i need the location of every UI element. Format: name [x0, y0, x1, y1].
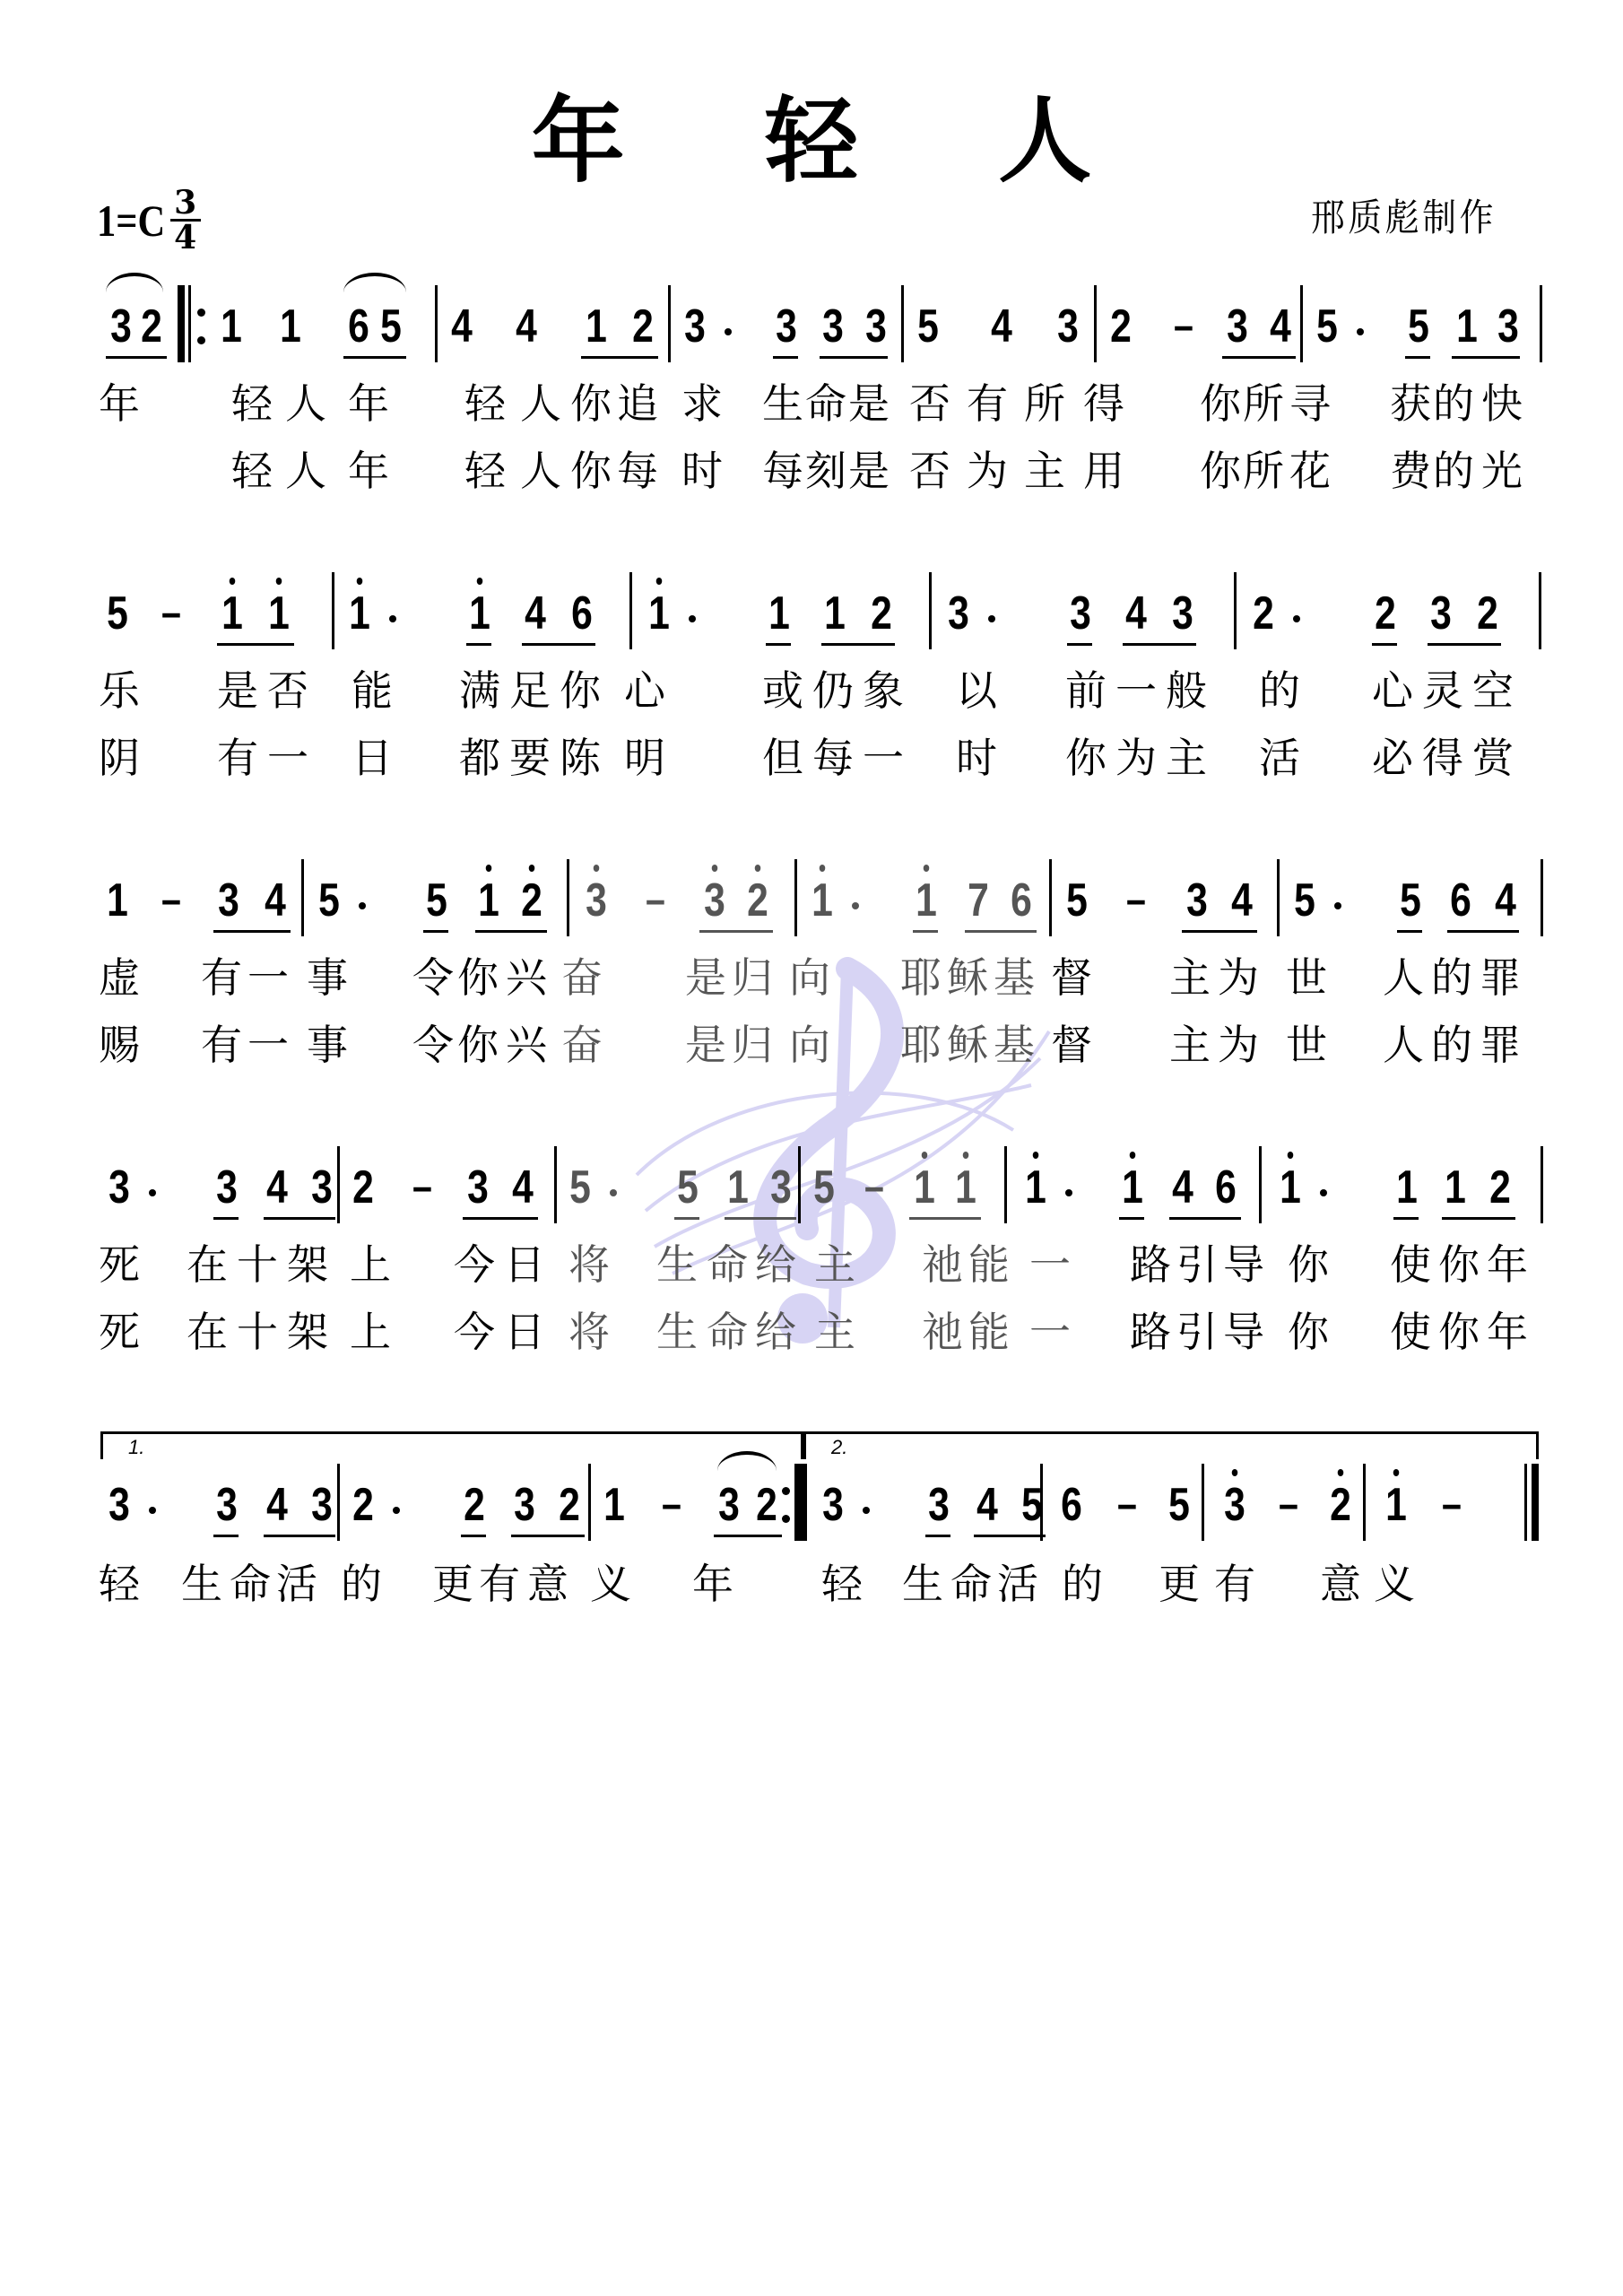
lyric-syllable: 十 — [235, 1239, 280, 1290]
note-digit: 4 — [266, 1161, 288, 1213]
lyric-syllable: 你 — [1198, 446, 1243, 496]
lyric-syllable: 主 — [812, 1239, 857, 1290]
note-digit: 7 — [968, 874, 989, 926]
key-label: 1=C — [97, 195, 165, 247]
high-octave-dot — [357, 578, 363, 585]
lyric-syllable: 否 — [265, 665, 310, 716]
note: 5 — [426, 877, 448, 924]
augmentation-dot — [1293, 615, 1300, 622]
lyric-syllable: 为 — [1216, 1020, 1261, 1070]
note-digit: 5 — [569, 1161, 591, 1213]
lyric-syllable: 阴 — [97, 733, 142, 783]
lyric-syllable: 今 — [452, 1307, 497, 1357]
eighth-note-beam — [725, 1217, 796, 1220]
lyric-syllable: 你 — [568, 378, 613, 429]
lyric-syllable: 奋 — [560, 952, 604, 1003]
note-digit: – — [1174, 302, 1193, 350]
lyric-syllable: 世 — [1284, 952, 1329, 1003]
barline — [668, 285, 671, 362]
lyric-syllable: 的 — [1257, 665, 1302, 716]
note: 3 — [311, 1164, 334, 1211]
lyric-syllable: 年 — [346, 378, 391, 429]
lyric-syllable: 有 — [199, 952, 244, 1003]
high-octave-dot — [1393, 1469, 1400, 1476]
lyric-syllable: 督 — [1049, 1020, 1094, 1070]
lyric-syllable: 更 — [1157, 1559, 1202, 1609]
lyric-syllable: 主 — [812, 1307, 857, 1357]
note: 4 — [516, 303, 538, 350]
note-digit: 3 — [110, 300, 132, 352]
barline — [1277, 859, 1280, 936]
lyric-syllable: 你 — [1063, 733, 1108, 783]
measure: 3343 — [97, 1146, 337, 1227]
barline — [1541, 1146, 1543, 1223]
augmentation-dot — [852, 902, 859, 909]
barline — [901, 285, 904, 362]
note-digit: 1 — [478, 874, 499, 926]
lyric-syllable: 轻 — [820, 1559, 864, 1609]
barline — [1094, 285, 1097, 362]
note: 5 — [1294, 877, 1316, 924]
lyric-syllable: 陈 — [558, 733, 603, 783]
lyric-syllable: 基 — [992, 1020, 1037, 1070]
note-digit: 4 — [512, 1161, 534, 1213]
note: 2 — [141, 303, 163, 350]
note-digit: 2 — [559, 1479, 580, 1531]
lyric-syllable: 能 — [967, 1239, 1011, 1290]
lyric-syllable: 你 — [1436, 1239, 1481, 1290]
note-digit: – — [646, 876, 665, 924]
note-digit: 5 — [917, 300, 939, 352]
note: 2 — [1330, 1482, 1352, 1528]
note: 5 — [318, 877, 341, 924]
lyric-syllable: 轻 — [230, 378, 274, 429]
lyric-syllable: 年 — [690, 1559, 735, 1609]
lyric-syllable: 兴 — [504, 952, 549, 1003]
extension-dash: – — [1125, 877, 1148, 924]
note-digit: 5 — [1066, 874, 1088, 926]
lyric-syllable: 人 — [1381, 1020, 1426, 1070]
lyric-syllable: 今 — [452, 1239, 497, 1290]
lyric-syllable: 赏 — [1471, 733, 1515, 783]
eighth-note-beam — [106, 356, 167, 359]
note-digit: 1 — [1385, 1479, 1407, 1531]
lyric-syllable: 日 — [502, 1239, 547, 1290]
note-digit: 2 — [352, 1161, 374, 1213]
note: 5 — [1168, 1482, 1191, 1528]
lyric-syllable: 死 — [97, 1239, 142, 1290]
lyric-syllable: 给 — [753, 1239, 798, 1290]
extension-dash: – — [645, 877, 667, 924]
extension-dash: – — [1441, 1482, 1463, 1528]
note-digit: 3 — [1224, 1479, 1245, 1531]
note-digit: 4 — [1172, 1161, 1193, 1213]
eighth-note-beam — [264, 1535, 335, 1537]
note: 1 — [1025, 1164, 1047, 1211]
note: 6 — [348, 303, 370, 350]
note-digit: 3 — [108, 1161, 130, 1213]
lyric-syllable: 般 — [1164, 665, 1209, 716]
lyric-syllable: 义 — [1372, 1559, 1417, 1609]
lyric-syllable: 生 — [760, 378, 805, 429]
note-digit: 4 — [976, 1479, 998, 1531]
lyric-syllable: 能 — [350, 665, 395, 716]
high-octave-dot — [594, 865, 600, 872]
note: 3 — [718, 1482, 741, 1528]
high-octave-dot — [477, 578, 483, 585]
note: 1 — [811, 877, 834, 924]
lyric-syllable: 事 — [305, 952, 350, 1003]
note: 3 — [110, 303, 133, 350]
note-digit: 5 — [107, 587, 128, 639]
barline — [567, 859, 569, 936]
measure: 5513 — [558, 1146, 798, 1227]
lyric-syllable: 你 — [1198, 378, 1243, 429]
note-digit: 2 — [747, 874, 768, 926]
barline — [1040, 1464, 1043, 1541]
measure: 2–34 — [1098, 285, 1300, 366]
lyric-syllable: 必 — [1370, 733, 1415, 783]
note-digit: 3 — [704, 874, 725, 926]
note-digit: 2 — [1253, 587, 1274, 639]
note: 2 — [1477, 590, 1499, 637]
measure: 3–2 — [1205, 1464, 1363, 1544]
note: 1 — [916, 877, 938, 924]
lyric-syllable: 费 — [1388, 446, 1433, 496]
note-digit: 3 — [822, 1479, 844, 1531]
eighth-note-beam — [925, 1535, 950, 1537]
lyric-syllable: 你 — [456, 1020, 500, 1070]
lyric-syllable: 是 — [683, 952, 728, 1003]
note: 4 — [1125, 590, 1148, 637]
note: 1 — [727, 1164, 750, 1211]
note-digit: 2 — [632, 300, 654, 352]
lyric-syllable: 死 — [97, 1307, 142, 1357]
lyric-syllable: 使 — [1388, 1307, 1433, 1357]
note-digit: 5 — [426, 874, 447, 926]
lyric-syllable: 时 — [954, 733, 999, 783]
note: 4 — [976, 1482, 999, 1528]
lyric-syllable: 生 — [655, 1307, 699, 1357]
lyric-syllable: 有 — [215, 733, 260, 783]
notation-line: 321165441233335432–345513 — [0, 285, 1623, 366]
lyric-syllable: 耶 — [898, 952, 943, 1003]
lyric-syllable: 轻 — [463, 446, 508, 496]
note-digit: 1 — [1396, 1161, 1418, 1213]
lyric-syllable: 一 — [861, 733, 906, 783]
note: 4 — [265, 877, 287, 924]
lyric-syllable: 向 — [787, 952, 832, 1003]
lyric-syllable: 轻 — [463, 378, 508, 429]
note: 5 — [380, 303, 403, 350]
barline — [798, 1146, 801, 1223]
lyric-syllable: 上 — [348, 1307, 393, 1357]
note: 4 — [266, 1482, 289, 1528]
note: 2 — [871, 590, 893, 637]
note: 3 — [928, 1482, 950, 1528]
eighth-note-beam — [974, 1535, 1046, 1537]
lyric-syllable: 兴 — [504, 1020, 549, 1070]
eighth-note-beam — [1372, 643, 1397, 646]
note: 5 — [1408, 303, 1430, 350]
note-digit: 6 — [1011, 874, 1032, 926]
lyric-syllable: 寻 — [1288, 378, 1332, 429]
measure: 2232 — [1237, 572, 1539, 653]
note-digit: 1 — [955, 1161, 976, 1213]
extension-dash: – — [412, 1164, 434, 1211]
lyric-syllable: 更 — [430, 1559, 475, 1609]
measure: 1–32 — [592, 1464, 794, 1544]
note-digit: 3 — [1172, 587, 1193, 639]
lyric-syllable: 得 — [1420, 733, 1465, 783]
lyric-syllable: 世 — [1284, 1020, 1329, 1070]
note-digit: 1 — [221, 300, 242, 352]
measure: 5564 — [1280, 859, 1541, 940]
measure: 5513 — [1305, 285, 1540, 366]
note: 5 — [569, 1164, 592, 1211]
measure: 32 — [99, 285, 169, 366]
barline — [794, 859, 797, 936]
barline — [1363, 1464, 1366, 1541]
note-digit: 3 — [467, 1161, 489, 1213]
high-octave-dot — [1033, 1152, 1039, 1159]
note: 5 — [813, 1164, 836, 1211]
lyric-syllable: 但 — [760, 733, 805, 783]
lyric-syllable: 罪 — [1478, 1020, 1523, 1070]
note: 6 — [571, 590, 594, 637]
eighth-note-beam — [522, 643, 595, 646]
eighth-note-beam — [909, 1217, 981, 1220]
lyric-syllable: 祂 — [920, 1307, 965, 1357]
lyric-syllable: 能 — [967, 1307, 1011, 1357]
lyric-syllable: 活 — [274, 1559, 319, 1609]
song-title: 年 轻 人 — [0, 94, 1623, 187]
lyric-syllable: 稣 — [945, 952, 990, 1003]
lyric-syllable: 有 — [199, 1020, 244, 1070]
lyric-syllable: 或 — [760, 665, 805, 716]
lyric-syllable: 是 — [683, 1020, 728, 1070]
note: 2 — [352, 1164, 375, 1211]
lyric-syllable: 足 — [508, 665, 552, 716]
note: 5 — [917, 303, 940, 350]
note: 3 — [822, 303, 845, 350]
lyric-syllable: 罪 — [1478, 952, 1523, 1003]
note-digit: 1 — [349, 587, 370, 639]
note-digit: 2 — [871, 587, 892, 639]
lyrics-verse-2: 轻人年轻人你每时每刻是否为主用你所花费的光 — [0, 446, 1623, 500]
lyric-syllable: 引 — [1175, 1239, 1219, 1290]
note: 4 — [1495, 877, 1517, 924]
note: 6 — [1450, 877, 1472, 924]
lyric-syllable: 的 — [1431, 378, 1476, 429]
lyric-syllable: 事 — [305, 1020, 350, 1070]
note-digit: 1 — [811, 874, 833, 926]
lyric-syllable: 一 — [1114, 665, 1159, 716]
barline — [1541, 859, 1543, 936]
lyric-syllable: 路 — [1128, 1239, 1173, 1290]
lyric-syllable: 有 — [477, 1559, 522, 1609]
lyric-syllable: 乐 — [97, 665, 142, 716]
note: 1 — [914, 1164, 936, 1211]
high-octave-dot — [820, 865, 826, 872]
augmentation-dot — [610, 1189, 617, 1196]
lyrics-verse-1: 年轻人年轻人你追求生命是否有所得你所寻获的快 — [0, 378, 1623, 432]
augmentation-dot — [393, 1507, 400, 1514]
eighth-note-beam — [821, 643, 895, 646]
note: 2 — [1489, 1164, 1512, 1211]
note-digit: 3 — [108, 1479, 130, 1531]
lyric-syllable: 前 — [1063, 665, 1108, 716]
lyric-syllable: 意 — [525, 1559, 570, 1609]
measure: 1112 — [633, 572, 929, 653]
lyric-syllable: 路 — [1128, 1307, 1173, 1357]
lyric-syllable: 是 — [846, 378, 891, 429]
lyric-syllable: 导 — [1221, 1239, 1266, 1290]
time-signature-bottom: 4 — [174, 223, 196, 252]
note: 3 — [1227, 303, 1249, 350]
lyric-syllable: 满 — [457, 665, 502, 716]
repeat-start-barline — [178, 285, 185, 362]
note-digit: 1 — [603, 1479, 625, 1531]
lyric-syllable: 给 — [753, 1307, 798, 1357]
note: 3 — [684, 303, 707, 350]
high-octave-dot — [1288, 1152, 1294, 1159]
augmentation-dot — [1065, 1189, 1072, 1196]
volta-number: 1. — [128, 1436, 144, 1459]
note-digit: 5 — [1168, 1479, 1190, 1531]
note: 3 — [1430, 590, 1453, 637]
note: 3 — [776, 303, 798, 350]
lyric-syllable: 你 — [1286, 1307, 1331, 1357]
barline — [1540, 285, 1542, 362]
lyric-syllable: 心 — [1370, 665, 1415, 716]
lyric-syllable: 归 — [730, 1020, 775, 1070]
note: 2 — [521, 877, 543, 924]
high-octave-dot — [712, 865, 718, 872]
note: 3 — [108, 1164, 131, 1211]
note-digit: 5 — [1400, 874, 1421, 926]
measure: 5–11 — [97, 572, 332, 653]
note-digit: 3 — [311, 1479, 333, 1531]
barline — [1539, 572, 1541, 649]
note: 1 — [221, 303, 243, 350]
augmentation-dot — [359, 902, 366, 909]
measure: 1– — [1367, 1464, 1528, 1544]
note: 4 — [512, 1164, 534, 1211]
note-digit: 2 — [464, 1479, 485, 1531]
extension-dash: – — [161, 590, 183, 637]
barline — [1234, 572, 1237, 649]
eighth-note-beam — [699, 930, 773, 933]
lyric-syllable: 否 — [907, 378, 952, 429]
lyric-syllable: 刻 — [803, 446, 848, 496]
repeat-start-barline-thin — [188, 285, 191, 362]
eighth-note-beam — [1428, 643, 1501, 646]
lyric-syllable: 将 — [567, 1239, 612, 1290]
note-digit: – — [1442, 1481, 1462, 1528]
note-digit: 4 — [1495, 874, 1516, 926]
measure: 1176 — [798, 859, 1049, 940]
note-digit: 5 — [380, 300, 402, 352]
note: 3 — [216, 1164, 239, 1211]
note: 6 — [1011, 877, 1033, 924]
lyric-syllable: 的 — [1429, 952, 1474, 1003]
high-octave-dot — [924, 865, 930, 872]
lyric-syllable: 你 — [456, 952, 500, 1003]
note-digit: 1 — [280, 300, 301, 352]
extension-dash: – — [661, 1482, 683, 1528]
note-digit: 6 — [1061, 1479, 1082, 1531]
augmentation-dot — [1357, 328, 1364, 335]
note: 5 — [1066, 877, 1089, 924]
eighth-note-beam — [965, 930, 1037, 933]
note: 3 — [218, 877, 240, 924]
note-digit: 1 — [221, 587, 243, 639]
note: 4 — [525, 590, 547, 637]
lyric-syllable: 人 — [518, 378, 563, 429]
lyric-syllable: 每 — [615, 446, 660, 496]
lyrics-verse-1: 乐是否能满足你心或仍象以前一般的心灵空 — [0, 665, 1623, 719]
high-octave-dot — [1338, 1469, 1344, 1476]
augmentation-dot — [689, 615, 696, 622]
barline — [1049, 859, 1052, 936]
note-digit: 3 — [216, 1479, 238, 1531]
eighth-note-beam — [1222, 356, 1296, 359]
measure: 2–34 — [341, 1146, 554, 1227]
lyric-syllable: 年 — [97, 378, 142, 429]
lyric-syllable: 一 — [265, 733, 310, 783]
note-digit: 5 — [1294, 874, 1315, 926]
notation-line: 1–3455123–3211765–345564 — [0, 859, 1623, 940]
note: 3 — [1070, 590, 1092, 637]
lyric-syllable: 生 — [655, 1239, 699, 1290]
eighth-note-beam — [1123, 643, 1196, 646]
note: 2 — [464, 1482, 486, 1528]
note: 1 — [586, 303, 608, 350]
note-digit: 3 — [1227, 300, 1248, 352]
note: 1 — [280, 303, 302, 350]
note-digit: 3 — [586, 874, 607, 926]
lyric-syllable: 花 — [1288, 446, 1332, 496]
note: 3 — [216, 1482, 239, 1528]
note: 3 — [1186, 877, 1209, 924]
note-digit: 1 — [824, 587, 846, 639]
lyric-syllable: 人 — [518, 446, 563, 496]
lyric-syllable: 每 — [811, 733, 855, 783]
note: 3 — [311, 1482, 334, 1528]
eighth-note-beam — [1447, 930, 1519, 933]
high-octave-dot — [1232, 1469, 1238, 1476]
note-digit: 2 — [756, 1479, 777, 1531]
note-digit: 3 — [1497, 300, 1519, 352]
note-digit: 1 — [648, 587, 670, 639]
time-signature: 3 4 — [170, 188, 201, 252]
lyric-syllable: 你 — [1286, 1239, 1331, 1290]
eighth-note-beam — [1397, 930, 1422, 933]
note-digit: 1 — [586, 300, 607, 352]
note: 5 — [107, 590, 129, 637]
lyric-syllable: 你 — [558, 665, 603, 716]
high-octave-dot — [1130, 1152, 1136, 1159]
note-digit: 3 — [948, 587, 969, 639]
key-signature: 1=C 3 4 — [97, 188, 201, 252]
lyric-syllable: 命 — [803, 378, 848, 429]
note-digit: 2 — [141, 300, 162, 352]
note-digit: 3 — [776, 300, 797, 352]
lyrics-verse-2: 阴有一日都要陈明但每一时你为主活必得赏 — [0, 733, 1623, 787]
measure: 5512 — [305, 859, 567, 940]
slur — [106, 273, 163, 292]
